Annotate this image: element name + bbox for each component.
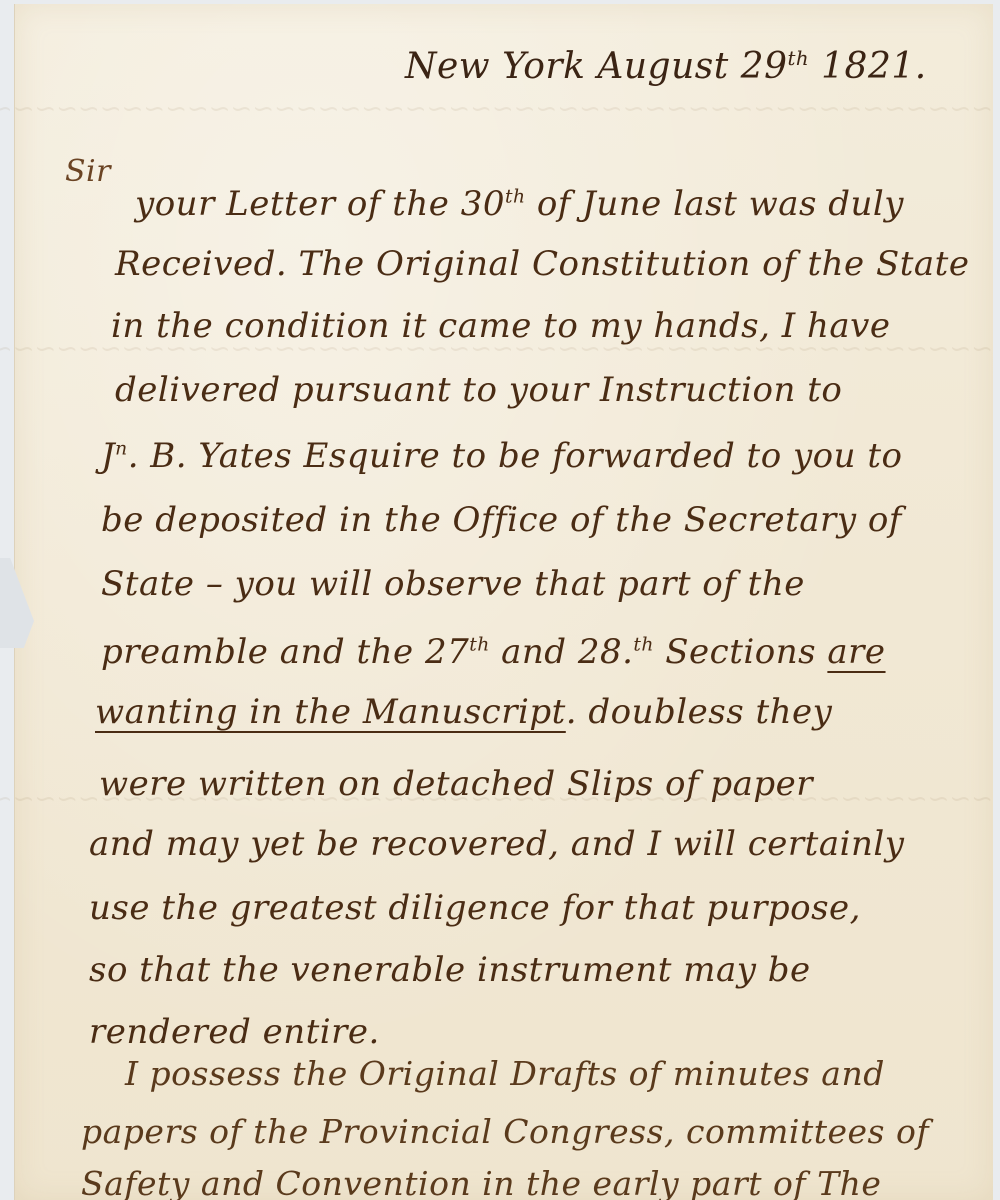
dateline-day-suffix: th (787, 47, 809, 70)
letter-line-16: papers of the Provincial Congress, commi… (81, 1112, 929, 1151)
letter-line-2: Received. The Original Constitution of t… (115, 244, 969, 284)
letter-line-3: in the condition it came to my hands, I … (111, 306, 890, 346)
letter-line-13: so that the venerable instrument may be (89, 950, 811, 990)
dateline-month: August (597, 46, 728, 87)
letter-line-11: and may yet be recovered, and I will cer… (89, 824, 904, 864)
salutation: Sir (65, 154, 111, 189)
letter-line-14: rendered entire. (89, 1012, 380, 1052)
letter-line-1: your Letter of the 30th of June last was… (135, 184, 904, 224)
letter-line-10: were written on detached Slips of paper (99, 764, 813, 804)
dateline-year: 1821. (821, 46, 927, 87)
dateline-day: 29 (741, 46, 788, 87)
dateline: New York August 29th 1821. (405, 46, 927, 87)
letter-line-8: preamble and the 27th and 28.th Sections… (101, 632, 886, 672)
letter-line-6: be deposited in the Office of the Secret… (101, 500, 902, 540)
letter-line-7: State – you will observe that part of th… (101, 564, 805, 604)
dateline-place: New York (405, 46, 585, 87)
underlined-text: wanting in the Manuscript (95, 692, 566, 732)
letter-line-5: Jn. B. Yates Esquire to be forwarded to … (101, 436, 903, 476)
letter-line-9: wanting in the Manuscript. doubless they (95, 692, 832, 732)
letter-line-15: I possess the Original Drafts of minutes… (125, 1054, 885, 1093)
letter-line-12: use the greatest diligence for that purp… (89, 888, 861, 928)
letter-page: ~~~~~~~~~~~~~~~~~~~~~~~~~~~~~~~~~~~~~~~~… (14, 4, 993, 1200)
bleed-through-text: ~~~~~~~~~~~~~~~~~~~~~~~~~~~~~~~~~~~~~~~~… (15, 94, 993, 120)
letter-line-4: delivered pursuant to your Instruction t… (115, 370, 842, 410)
underlined-text: are (827, 632, 885, 672)
letter-line-17: Safety and Convention in the early part … (81, 1164, 881, 1200)
